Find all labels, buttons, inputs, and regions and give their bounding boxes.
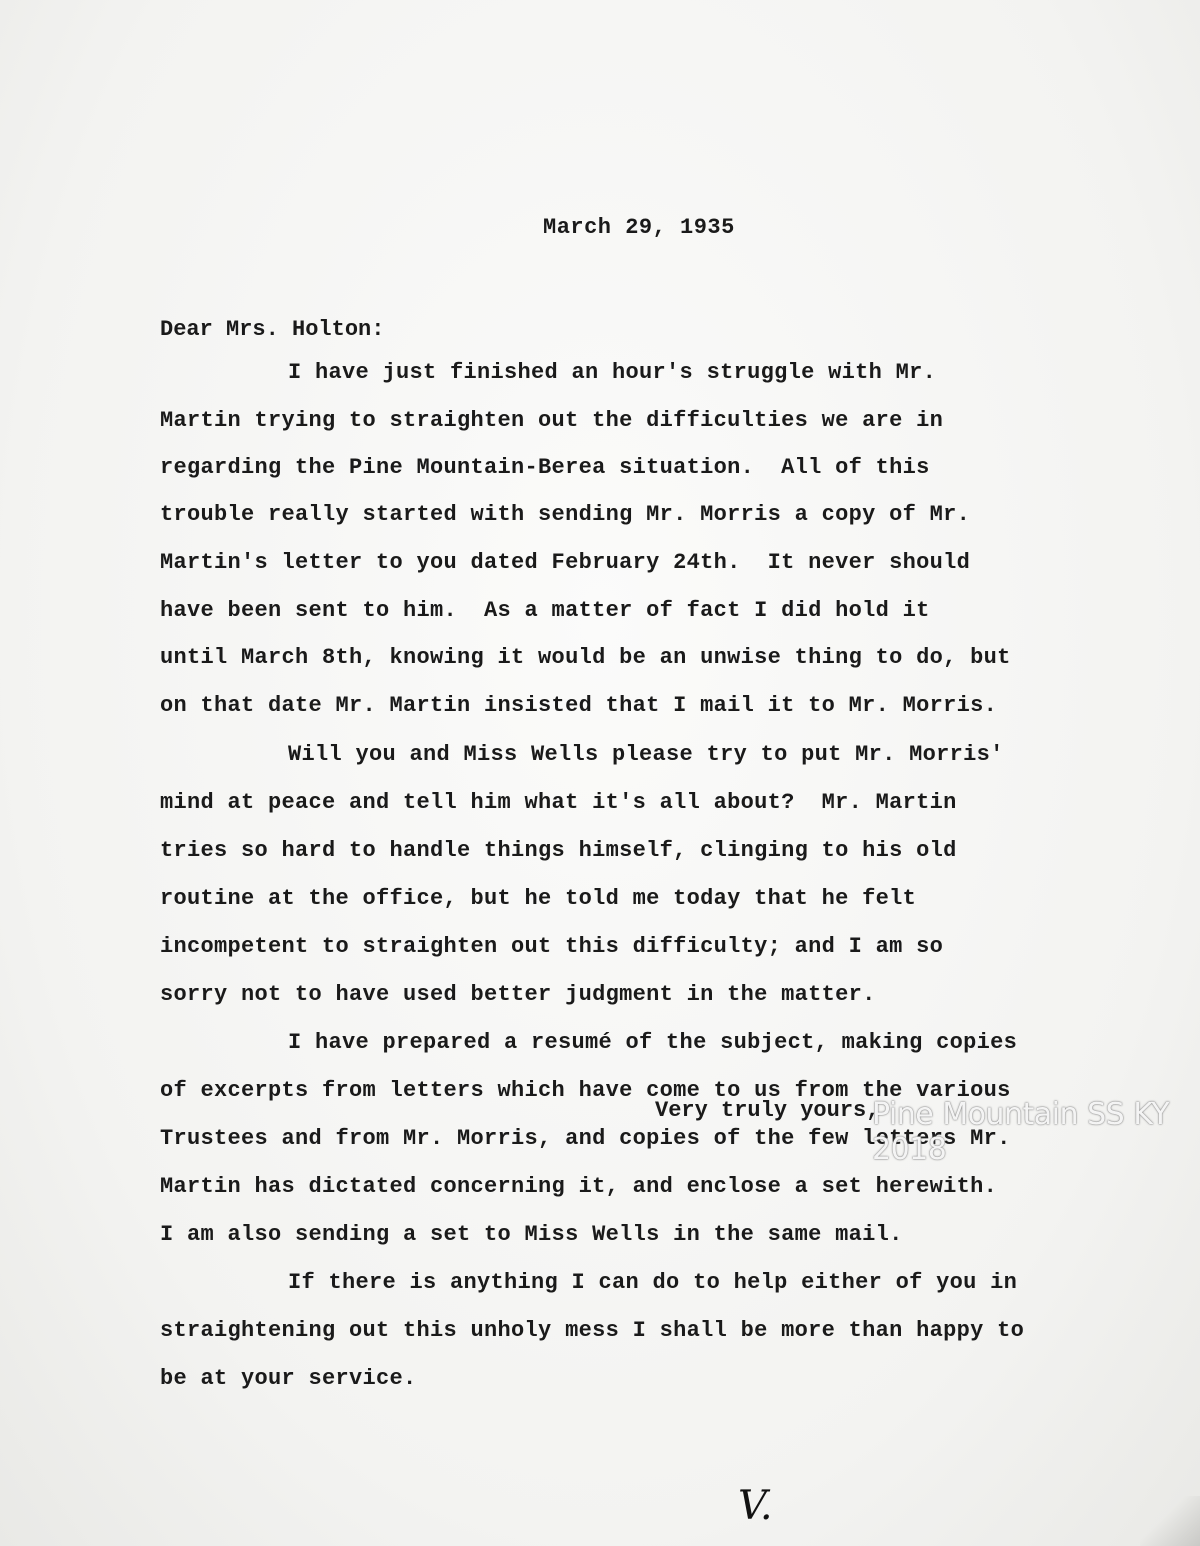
body-line: straightening out this unholy mess I sha…	[160, 1318, 1024, 1343]
body-line: Martin trying to straighten out the diff…	[160, 408, 943, 433]
body-line: sorry not to have used better judgment i…	[160, 982, 876, 1007]
letter-date: March 29, 1935	[543, 215, 735, 240]
letter-page: March 29, 1935 Dear Mrs. Holton: I have …	[0, 0, 1200, 1546]
body-line: I have just finished an hour's struggle …	[288, 360, 936, 385]
body-line: Martin has dictated concerning it, and e…	[160, 1174, 997, 1199]
closing: Very truly yours,	[655, 1098, 879, 1123]
body-line: routine at the office, but he told me to…	[160, 886, 916, 911]
body-line: until March 8th, knowing it would be an …	[160, 645, 1011, 670]
body-line: trouble really started with sending Mr. …	[160, 502, 970, 527]
salutation: Dear Mrs. Holton:	[160, 317, 384, 342]
body-line: regarding the Pine Mountain-Berea situat…	[160, 455, 930, 480]
body-line: I am also sending a set to Miss Wells in…	[160, 1222, 903, 1247]
body-line: on that date Mr. Martin insisted that I …	[160, 693, 997, 718]
body-line: mind at peace and tell him what it's all…	[160, 790, 957, 815]
body-line: I have prepared a resumé of the subject,…	[288, 1030, 1017, 1055]
body-line: have been sent to him. As a matter of fa…	[160, 598, 930, 623]
signature-initial: V.	[738, 1483, 773, 1529]
body-line: Will you and Miss Wells please try to pu…	[288, 742, 1004, 767]
body-line: be at your service.	[160, 1366, 417, 1391]
body-line: If there is anything I can do to help ei…	[288, 1270, 1017, 1295]
body-line: incompetent to straighten out this diffi…	[160, 934, 943, 959]
body-line: Martin's letter to you dated February 24…	[160, 550, 970, 575]
body-line: tries so hard to handle things himself, …	[160, 838, 957, 863]
watermark: Pine Mountain SS KY 2018	[872, 1097, 1200, 1167]
page-corner-shadow	[1140, 1496, 1200, 1546]
